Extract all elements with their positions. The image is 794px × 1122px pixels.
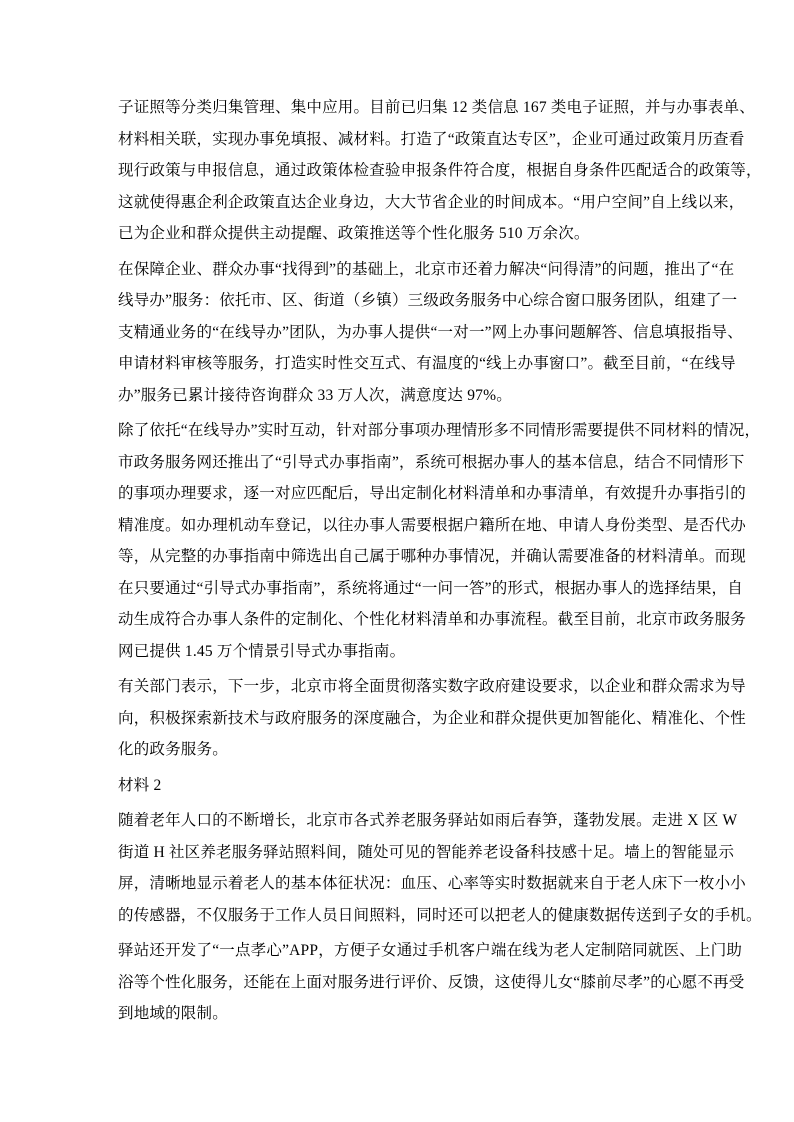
text-line: 这就使得惠企利企政策直达企业身边，大大节省企业的时间成本。“用户空间”自上线以来… — [118, 187, 710, 219]
text-line: 办”服务已累计接待咨询群众 33 万人次，满意度达 97%。 — [118, 380, 710, 412]
text-line: 向，积极探索新技术与政府服务的深度融合，为企业和群众提供更加智能化、精准化、个性 — [118, 703, 710, 735]
text-line: 除了依托“在线导办”实时互动，针对部分事项办理情形多不同情形需要提供不同材料的情… — [118, 415, 710, 447]
text-line: 网已提供 1.45 万个情景引导式办事指南。 — [118, 636, 710, 668]
text-line: 市政务服务网还推出了“引导式办事指南”，系统可根据办事人的基本信息，结合不同情形… — [118, 447, 710, 479]
text-line: 有关部门表示，下一步，北京市将全面贯彻落实数字政府建设要求，以企业和群众需求为导 — [118, 671, 710, 703]
text-line: 在保障企业、群众办事“找得到”的基础上，北京市还着力解决“问得清”的问题，推出了… — [118, 254, 710, 286]
text-line: 化的政务服务。 — [118, 734, 710, 766]
text-line: 材料相关联，实现办事免填报、减材料。打造了“政策直达专区”，企业可通过政策月历查… — [118, 124, 710, 156]
material-2-heading: 材料 2 — [118, 770, 710, 802]
text-line: 动生成符合办事人条件的定制化、个性化材料清单和办事流程。截至目前，北京市政务服务 — [118, 604, 710, 636]
text-line: 子证照等分类归集管理、集中应用。目前已归集 12 类信息 167 类电子证照，并… — [118, 92, 710, 124]
text-line: 精准度。如办理机动车登记，以往办事人需要根据户籍所在地、申请人身份类型、是否代办 — [118, 510, 710, 542]
paragraph-4: 有关部门表示，下一步，北京市将全面贯彻落实数字政府建设要求，以企业和群众需求为导… — [118, 671, 710, 766]
text-line: 已为企业和群众提供主动提醒、政策推送等个性化服务 510 万余次。 — [118, 218, 710, 250]
text-line: 支精通业务的“在线导办”团队，为办事人提供“一对一”网上办事问题解答、信息填报指… — [118, 317, 710, 349]
text-line: 浴等个性化服务，还能在上面对服务进行评价、反馈，这使得儿女“膝前尽孝”的心愿不再… — [118, 967, 710, 999]
text-line: 材料 2 — [118, 770, 710, 802]
paragraph-3: 除了依托“在线导办”实时互动，针对部分事项办理情形多不同情形需要提供不同材料的情… — [118, 415, 710, 667]
material-2-paragraph-1: 随着老年人口的不断增长，北京市各式养老服务驿站如雨后春笋，蓬勃发展。走进 X 区… — [118, 805, 710, 931]
material-2-paragraph-2: 驿站还开发了“一点孝心”APP，方便子女通过手机客户端在线为老人定制陪同就医、上… — [118, 935, 710, 1030]
text-line: 随着老年人口的不断增长，北京市各式养老服务驿站如雨后春笋，蓬勃发展。走进 X 区… — [118, 805, 710, 837]
text-line: 申请材料审核等服务，打造实时性交互式、有温度的“线上办事窗口”。截至目前，“在线… — [118, 348, 710, 380]
text-line: 线导办”服务：依托市、区、街道（乡镇）三级政务服务中心综合窗口服务团队，组建了一 — [118, 285, 710, 317]
text-line: 现行政策与申报信息，通过政策体检查验申报条件符合度，根据自身条件匹配适合的政策等… — [118, 155, 710, 187]
text-line: 屏，清晰地显示着老人的基本体征状况：血压、心率等实时数据就来自于老人床下一枚小小 — [118, 868, 710, 900]
text-line: 的事项办理要求，逐一对应匹配后，导出定制化材料清单和办事清单，有效提升办事指引的 — [118, 478, 710, 510]
paragraph-2: 在保障企业、群众办事“找得到”的基础上，北京市还着力解决“问得清”的问题，推出了… — [118, 254, 710, 412]
text-line: 的传感器，不仅服务于工作人员日间照料，同时还可以把老人的健康数据传送到子女的手机… — [118, 900, 710, 932]
text-line: 等，从完整的办事指南中筛选出自己属于哪种办事情况，并确认需要准备的材料清单。而现 — [118, 541, 710, 573]
text-line: 驿站还开发了“一点孝心”APP，方便子女通过手机客户端在线为老人定制陪同就医、上… — [118, 935, 710, 967]
text-line: 到地域的限制。 — [118, 998, 710, 1030]
text-line: 街道 H 社区养老服务驿站照料间，随处可见的智能养老设备科技感十足。墙上的智能显… — [118, 837, 710, 869]
text-line: 在只要通过“引导式办事指南”，系统将通过“一问一答”的形式，根据办事人的选择结果… — [118, 573, 710, 605]
document-body: 子证照等分类归集管理、集中应用。目前已归集 12 类信息 167 类电子证照，并… — [118, 92, 710, 1030]
paragraph-1: 子证照等分类归集管理、集中应用。目前已归集 12 类信息 167 类电子证照，并… — [118, 92, 710, 250]
document-page: 子证照等分类归集管理、集中应用。目前已归集 12 类信息 167 类电子证照，并… — [0, 0, 794, 1122]
